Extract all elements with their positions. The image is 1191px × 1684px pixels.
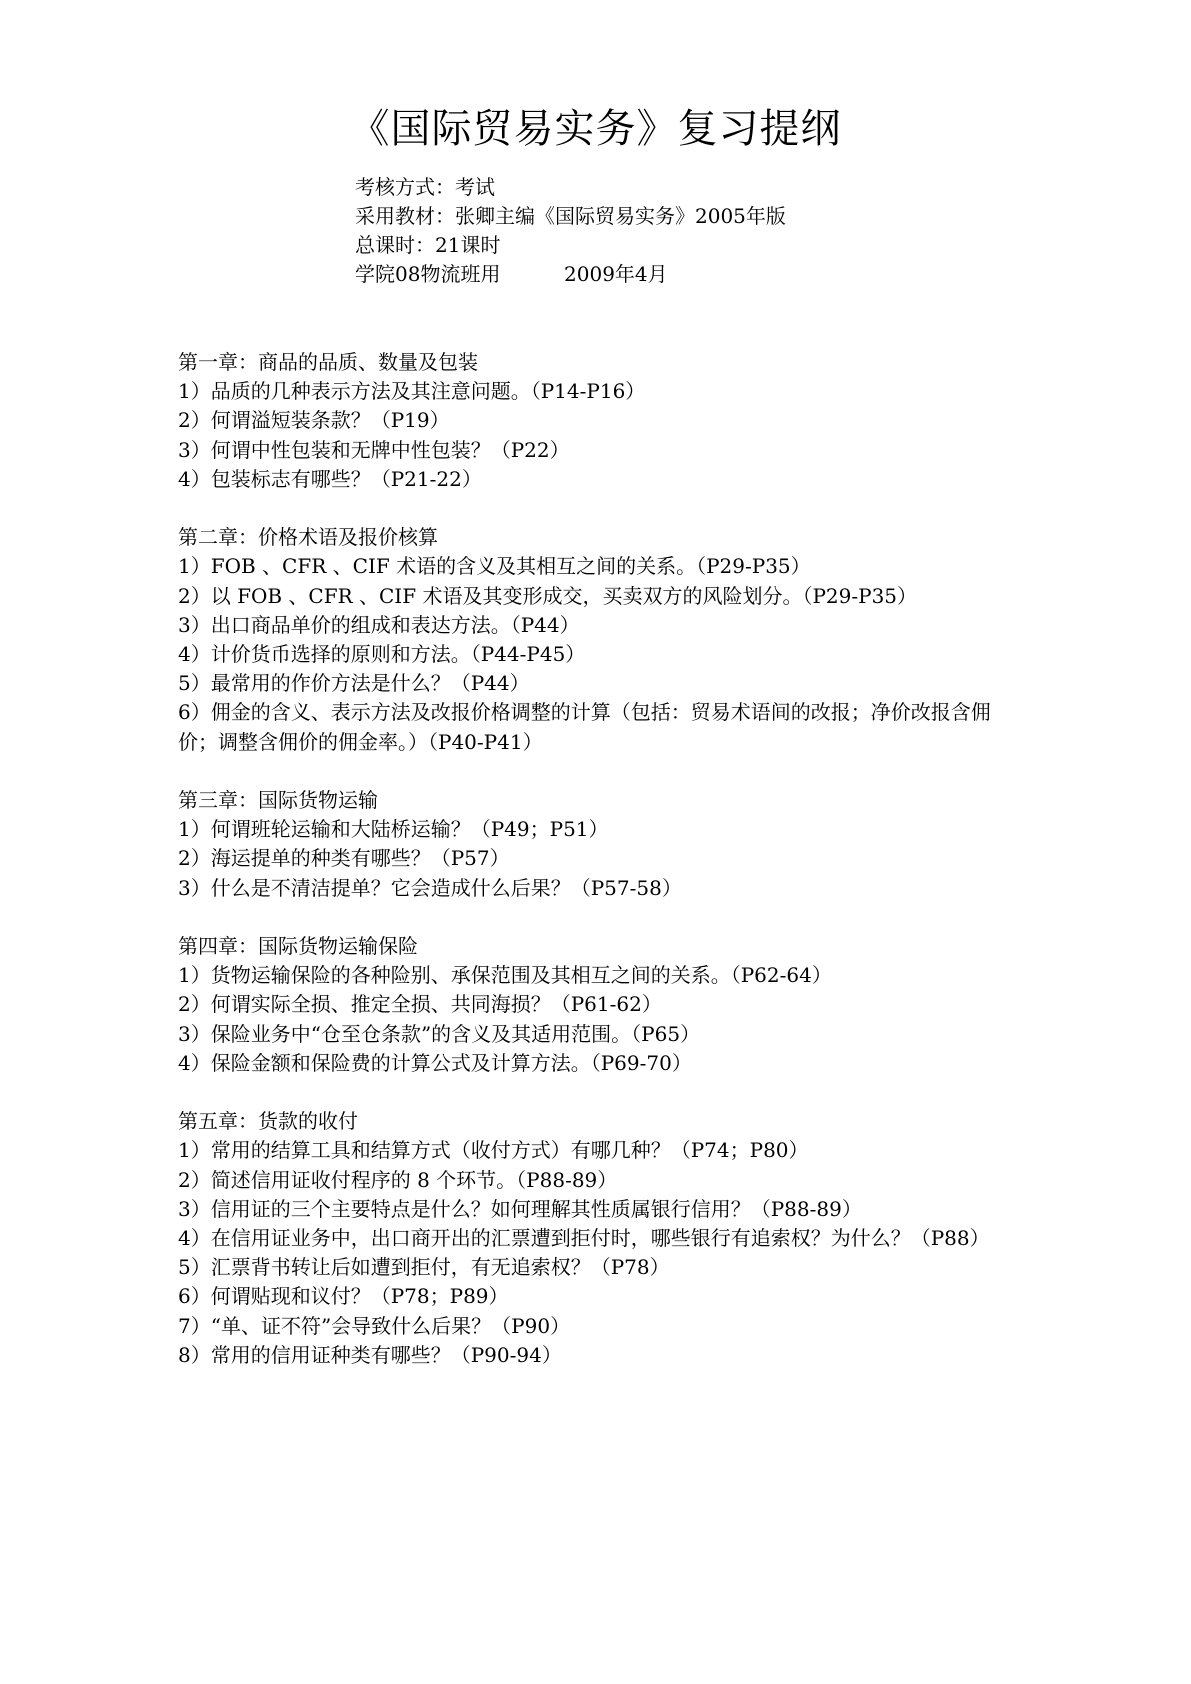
list-item: 1）常用的结算工具和结算方式（收付方式）有哪几种？（P74；P80） [178, 1136, 1018, 1165]
list-item: 2）以 FOB 、CFR 、CIF 术语及其变形成交，买卖双方的风险划分。（P2… [178, 582, 1018, 611]
chapter-1: 第一章：商品的品质、数量及包装 1）品质的几种表示方法及其注意问题。（P14-P… [178, 348, 1018, 494]
list-item: 1）货物运输保险的各种险别、承保范围及其相互之间的关系。（P62-64） [178, 961, 1018, 990]
list-item: 3）保险业务中“仓至仓条款”的含义及其适用范围。（P65） [178, 1020, 1018, 1049]
list-item: 5）汇票背书转让后如遭到拒付，有无追索权？（P78） [178, 1253, 1018, 1282]
chapter-3: 第三章：国际货物运输 1）何谓班轮运输和大陆桥运输？（P49；P51） 2）海运… [178, 786, 1018, 903]
document-title: 《国际贸易实务》复习提纲 [0, 104, 1191, 154]
chapter-heading: 第二章：价格术语及报价核算 [178, 523, 1018, 552]
chapter-heading: 第一章：商品的品质、数量及包装 [178, 348, 1018, 377]
list-item: 7）“单、证不符”会导致什么后果？（P90） [178, 1312, 1018, 1341]
list-item: 4）包装标志有哪些？（P21-22） [178, 465, 1018, 494]
list-item: 1）品质的几种表示方法及其注意问题。（P14-P16） [178, 377, 1018, 406]
document-meta: 考核方式：考试 采用教材：张卿主编《国际贸易实务》2005年版 总课时：21课时… [355, 173, 786, 289]
meta-total-hours: 总课时：21课时 [355, 231, 786, 260]
list-item: 1）何谓班轮运输和大陆桥运输？（P49；P51） [178, 815, 1018, 844]
chapter-heading: 第三章：国际货物运输 [178, 786, 1018, 815]
list-item: 4）保险金额和保险费的计算公式及计算方法。（P69-70） [178, 1049, 1018, 1078]
list-item: 3）什么是不清洁提单？它会造成什么后果？（P57-58） [178, 874, 1018, 903]
list-item: 5）最常用的作价方法是什么？（P44） [178, 669, 1018, 698]
list-item: 3）何谓中性包装和无牌中性包装？（P22） [178, 436, 1018, 465]
list-item: 6）何谓贴现和议付？（P78；P89） [178, 1282, 1018, 1311]
meta-exam-method: 考核方式：考试 [355, 173, 786, 202]
chapter-heading: 第五章：货款的收付 [178, 1107, 1018, 1136]
list-item: 4）在信用证业务中，出口商开出的汇票遭到拒付时，哪些银行有追索权？为什么？（P8… [178, 1224, 1018, 1253]
chapter-4: 第四章：国际货物运输保险 1）货物运输保险的各种险别、承保范围及其相互之间的关系… [178, 932, 1018, 1078]
list-item: 4）计价货币选择的原则和方法。（P44-P45） [178, 640, 1018, 669]
chapter-heading: 第四章：国际货物运输保险 [178, 932, 1018, 961]
list-item: 3）信用证的三个主要特点是什么？如何理解其性质属银行信用？（P88-89） [178, 1195, 1018, 1224]
list-item: 2）简述信用证收付程序的 8 个环节。（P88-89） [178, 1166, 1018, 1195]
chapter-2: 第二章：价格术语及报价核算 1）FOB 、CFR 、CIF 术语的含义及其相互之… [178, 523, 1018, 757]
document-page: 《国际贸易实务》复习提纲 考核方式：考试 采用教材：张卿主编《国际贸易实务》20… [0, 0, 1191, 1684]
chapter-5: 第五章：货款的收付 1）常用的结算工具和结算方式（收付方式）有哪几种？（P74；… [178, 1107, 1018, 1370]
list-item: 2）海运提单的种类有哪些？（P57） [178, 844, 1018, 873]
meta-textbook: 采用教材：张卿主编《国际贸易实务》2005年版 [355, 202, 786, 231]
list-item: 2）何谓溢短装条款？（P19） [178, 406, 1018, 435]
list-item: 3）出口商品单价的组成和表达方法。（P44） [178, 611, 1018, 640]
outline-body: 第一章：商品的品质、数量及包装 1）品质的几种表示方法及其注意问题。（P14-P… [178, 348, 1018, 1399]
list-item: 2）何谓实际全损、推定全损、共同海损？（P61-62） [178, 990, 1018, 1019]
list-item: 6）佣金的含义、表示方法及改报价格调整的计算（包括：贸易术语间的改报；净价改报含… [178, 698, 1018, 756]
list-item: 8）常用的信用证种类有哪些？（P90-94） [178, 1341, 1018, 1370]
list-item: 1）FOB 、CFR 、CIF 术语的含义及其相互之间的关系。（P29-P35） [178, 552, 1018, 581]
meta-class-date: 学院08物流班用 2009年4月 [355, 260, 786, 289]
